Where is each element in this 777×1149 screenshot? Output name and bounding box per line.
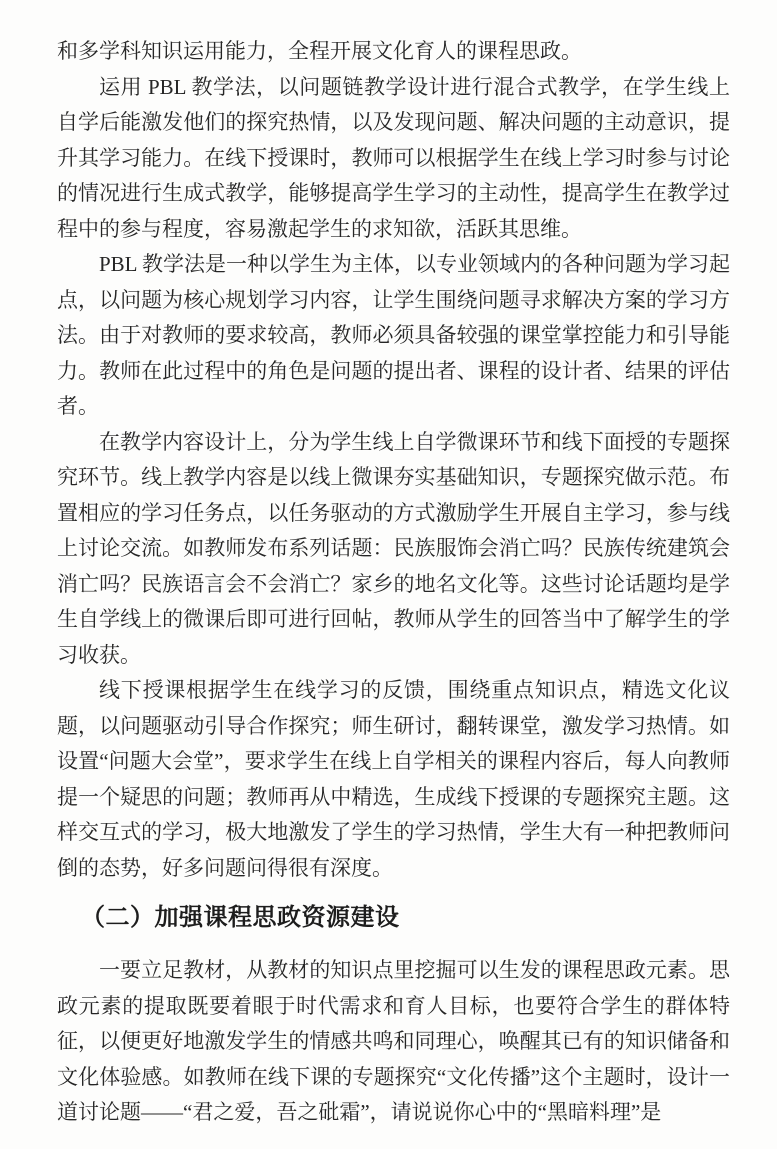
paragraph: 线下授课根据学生在线学习的反馈，围绕重点知识点，精选文化议题，以问题驱动引导合作… [57, 673, 730, 886]
section-heading: （二）加强课程思政资源建设 [57, 900, 730, 936]
paragraph: 运用 PBL 教学法，以问题链教学设计进行混合式教学，在学生线上自学后能激发他们… [57, 70, 730, 248]
paragraph: 和多学科知识运用能力，全程开展文化育人的课程思政。 [57, 34, 730, 70]
paragraph: 一要立足教材，从教材的知识点里挖掘可以生发的课程思政元素。思政元素的提取既要着眼… [57, 953, 730, 1131]
paragraph: PBL 教学法是一种以学生为主体，以专业领域内的各种问题为学习起点，以问题为核心… [57, 247, 730, 425]
document-page: 和多学科知识运用能力，全程开展文化育人的课程思政。 运用 PBL 教学法，以问题… [0, 0, 777, 1149]
paragraph: 在教学内容设计上，分为学生线上自学微课环节和线下面授的专题探究环节。线上教学内容… [57, 425, 730, 674]
